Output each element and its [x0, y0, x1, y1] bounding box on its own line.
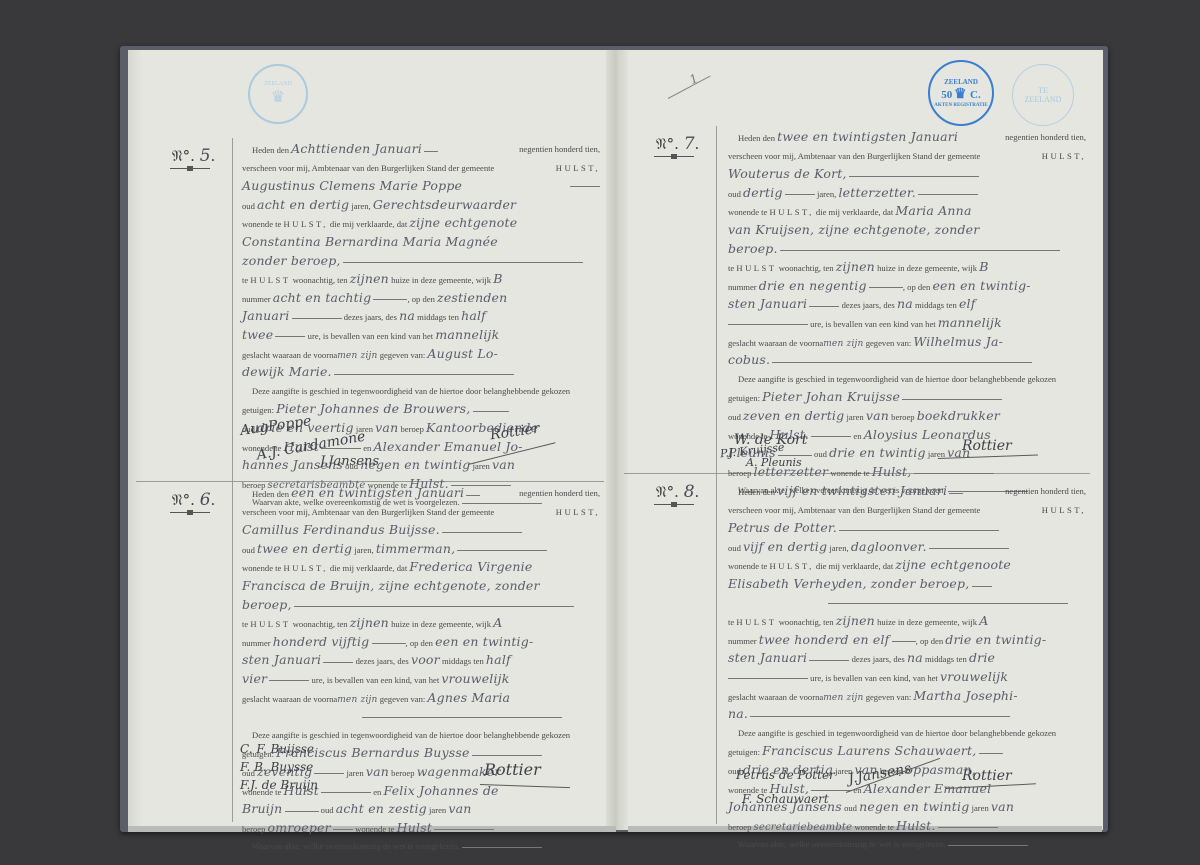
- signature-witness-1: F. B. Buysse: [240, 760, 313, 774]
- line-child-name-cont: [242, 707, 600, 726]
- record-number-value: 6: [200, 490, 211, 510]
- line-mother: Francisca de Bruijn, zijne echtgenote, z…: [242, 577, 600, 596]
- signature-witness-2: F.J. de Bruijn: [240, 778, 318, 792]
- record-number-value: 5: [200, 146, 211, 166]
- line-witnesses-intro: Deze aangifte is geschied in tegenwoordi…: [728, 724, 1086, 743]
- line-mother-occupation: beroep,: [242, 596, 600, 615]
- signature-official: Rottier: [962, 438, 1012, 454]
- signature-official: Rottier: [962, 768, 1012, 784]
- line-child-name-cont: dewijk Marie.: [242, 363, 600, 382]
- line-mother-occupation: zonder beroep,: [242, 252, 600, 271]
- line-date: Heden den een en twintigsten Januari neg…: [242, 484, 600, 503]
- birth-record-8: 𝔑°. 8. Heden den vijf en twintigsten Jan…: [616, 474, 1102, 824]
- line-mother: van Kruijsen, zijne echtgenote, zonder: [728, 221, 1086, 240]
- line-witness-2-profession: beroep secretariebeambte wonende te Huls…: [728, 817, 1086, 836]
- line-age-profession: oud vijf en dertig jaren, dagloonver.: [728, 538, 1086, 557]
- stamp-te-zeeland: TE ZEELAND: [1012, 64, 1074, 126]
- line-birth-date: sten Januari dezes jaars, des voor midda…: [242, 651, 600, 670]
- crown-icon: ♛: [954, 87, 970, 102]
- line-closing: Waarvan akte, welke overeenkomstig de we…: [728, 835, 1086, 854]
- stamp-value-row: 50 ♛ C.: [941, 86, 981, 103]
- line-official: verscheen voor mij, Ambtenaar van den Bu…: [728, 501, 1086, 520]
- line-house: te HULST woonachtig, ten zijnen huize in…: [728, 612, 1086, 631]
- line-age-profession: oud acht en dertig jaren, Gerechtsdeurwa…: [242, 196, 600, 215]
- line-age-profession: oud twee en dertig jaren, timmerman,: [242, 540, 600, 559]
- line-father: Wouterus de Kort,: [728, 165, 1086, 184]
- birth-record-6: 𝔑°. 6. Heden den een en twintigsten Janu…: [128, 482, 616, 822]
- line-house-number: nummer drie en negentig , op den een en …: [728, 277, 1086, 296]
- record-number-value: 7: [684, 134, 695, 154]
- line-residence: wonende te HULST, die mij verklaarde, da…: [728, 556, 1086, 575]
- line-child-name: geslacht waaraan de voornamen zijn gegev…: [728, 687, 1086, 706]
- line-official: verscheen voor mij, Ambtenaar van den Bu…: [242, 159, 600, 178]
- line-residence: wonende te HULST, die mij verklaarde, da…: [242, 214, 600, 233]
- line-birth-date: sten Januari dezes jaars, des na middags…: [728, 295, 1086, 314]
- line-child-name: geslacht waaraan de voornamen zijn gegev…: [728, 333, 1086, 352]
- stamp-top-text: ZEELAND: [944, 78, 978, 86]
- line-mother: Elisabeth Verheyden, zonder beroep,: [728, 575, 1086, 594]
- record-number-rule: [654, 504, 694, 505]
- line-date: Heden den Achttienden Januari negentien …: [242, 140, 600, 159]
- signature-witness-2: J.Jansens: [320, 454, 379, 469]
- line-father: Petrus de Potter.: [728, 519, 1086, 538]
- stamp-pale-text: TE ZEELAND: [1023, 86, 1063, 104]
- line-house: te HULST woonachtig, ten zijnen huize in…: [728, 258, 1086, 277]
- line-father: Augustinus Clemens Marie Poppe: [242, 177, 600, 196]
- birth-record-5: 𝔑°. 5. Heden den Achttienden Januari neg…: [128, 138, 616, 482]
- line-witness-2-age: hannes Jansens oud negen en twintig jare…: [242, 456, 600, 475]
- signature-father: Petrus de Potter: [736, 768, 835, 782]
- line-child-name: geslacht waaraan de voornamen zijn gegev…: [242, 689, 600, 708]
- line-witness-2-age: Bruijn oud acht en zestig jaren van: [242, 800, 600, 819]
- line-age-profession: oud dertig jaren, letterzetter.: [728, 184, 1086, 203]
- record-text: Heden den een en twintigsten Januari neg…: [242, 484, 600, 856]
- line-birth-time: vier ure, is bevallen van een kind, van …: [242, 670, 600, 689]
- crown-icon: ♛: [271, 87, 285, 107]
- record-number: 𝔑°. 5.: [172, 146, 215, 166]
- line-closing: Waarvan akte, welke overeenkomstig de we…: [242, 837, 600, 856]
- line-birth-time: ure, is bevallen van een kind van het ma…: [728, 314, 1086, 333]
- stamp-value: 50: [941, 89, 952, 101]
- record-number: 𝔑°. 8.: [656, 482, 699, 502]
- signature-father: C. F. Buijsse: [240, 742, 314, 756]
- line-mother: Constantina Bernardina Maria Magnée: [242, 233, 600, 252]
- line-house: te HULST woonachtig, ten zijnen huize in…: [242, 270, 600, 289]
- line-witnesses-intro: Deze aangifte is geschied in tegenwoordi…: [728, 370, 1086, 389]
- line-mother-occupation: beroep.: [728, 240, 1086, 259]
- line-birth-date: Januari dezes jaars, des na middags ten …: [242, 307, 600, 326]
- line-mother-occupation: [728, 594, 1086, 613]
- line-witness-1: getuigen: Pieter Johan Kruijsse: [728, 388, 1086, 407]
- line-witnesses-intro: Deze aangifte is geschied in tegenwoordi…: [242, 382, 600, 401]
- stamp-bottom-text: AKTEN REGISTRATIE: [934, 103, 987, 108]
- line-child-name-cont: cobus.: [728, 351, 1086, 370]
- line-official: verscheen voor mij, Ambtenaar van den Bu…: [728, 147, 1086, 166]
- line-birth-time: twee ure, is bevallen van een kind van h…: [242, 326, 600, 345]
- line-child-name: geslacht waaraan de voornamen zijn gegev…: [242, 345, 600, 364]
- line-witness-1-age: oud zeven en dertig jaren van beroep boe…: [728, 407, 1086, 426]
- signature-official: Rottier: [484, 760, 541, 779]
- stamp-unit: C.: [970, 89, 981, 101]
- stamp-fiscal-50c: ZEELAND 50 ♛ C. AKTEN REGISTRATIE: [928, 60, 994, 126]
- record-number: 𝔑°. 7.: [656, 134, 699, 154]
- stamp-left-page: ZEELAND ♛: [248, 64, 308, 124]
- line-child-name-cont: na.: [728, 705, 1086, 724]
- line-residence: wonende te HULST, die mij verklaarde, da…: [242, 558, 600, 577]
- line-house-number: nummer honderd vijftig , op den een en t…: [242, 633, 600, 652]
- line-birth-time: ure, is bevallen van een kind, van het v…: [728, 668, 1086, 687]
- birth-record-7: 𝔑°. 7. Heden den twee en twintigsten Jan…: [616, 126, 1102, 474]
- record-number-rule: [170, 512, 210, 513]
- line-house-number: nummer twee honderd en elf , op den drie…: [728, 631, 1086, 650]
- line-house: te HULST woonachtig, ten zijnen huize in…: [242, 614, 600, 633]
- line-witness-2-profession: beroep omroeper wonende te Hulst: [242, 819, 600, 838]
- record-number-value: 8: [684, 482, 695, 502]
- line-date: Heden den vijf en twintigsten Januari ne…: [728, 482, 1086, 501]
- line-date: Heden den twee en twintigsten Januari ne…: [728, 128, 1086, 147]
- signature-witness-2: A. Pleunis: [746, 456, 802, 469]
- line-birth-date: sten Januari dezes jaars, des na middags…: [728, 649, 1086, 668]
- signature-witness-1: F. Schauwaert: [742, 792, 829, 806]
- record-number: 𝔑°. 6.: [172, 490, 215, 510]
- line-witness-1: getuigen: Franciscus Laurens Schauwaert,: [728, 742, 1086, 761]
- record-number-rule: [170, 168, 210, 169]
- line-father: Camillus Ferdinandus Buijsse.: [242, 521, 600, 540]
- line-house-number: nummer acht en tachtig , op den zestiend…: [242, 289, 600, 308]
- record-number-rule: [654, 156, 694, 157]
- line-official: verscheen voor mij, Ambtenaar van den Bu…: [242, 503, 600, 522]
- line-residence: wonende te HULST, die mij verklaarde, da…: [728, 202, 1086, 221]
